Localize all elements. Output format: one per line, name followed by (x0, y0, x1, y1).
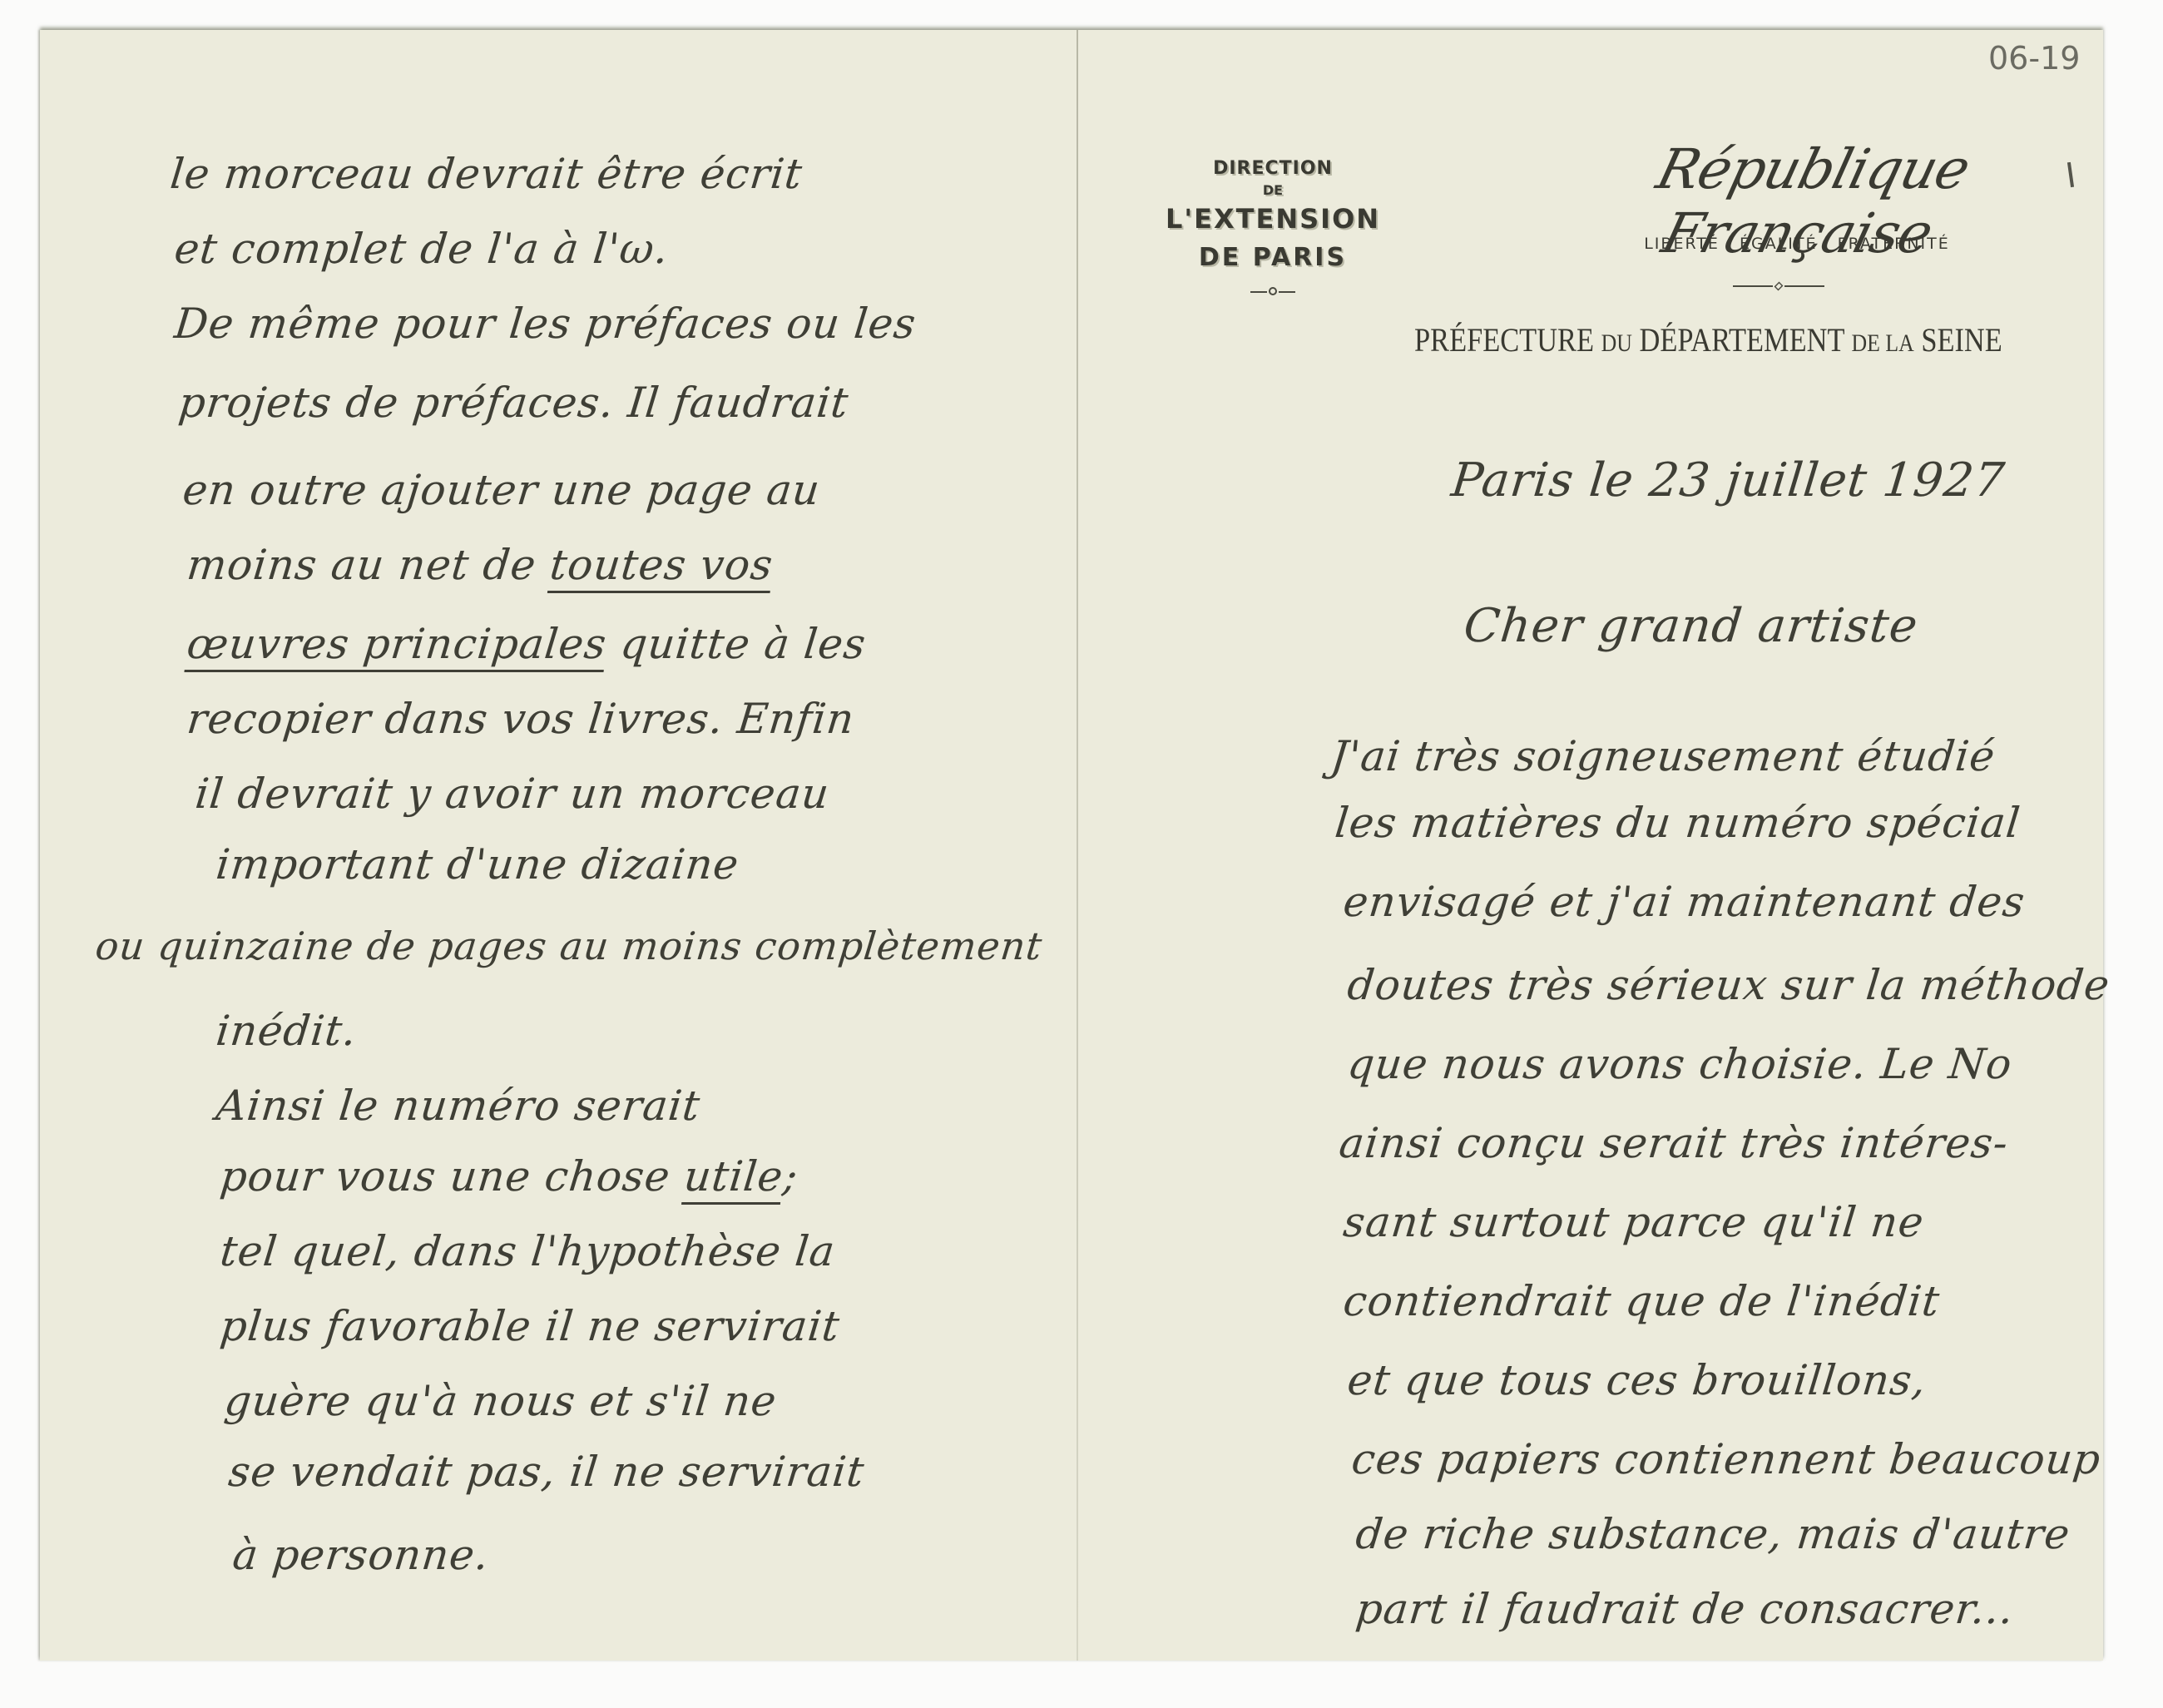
letter-line: important d'une dizaine (214, 840, 741, 889)
letter-line: moins au net de (185, 541, 553, 589)
letter-line: projets de préfaces. Il faudrait (176, 379, 851, 427)
underlined-text: utile (682, 1152, 786, 1201)
underlined-text: œuvres principales (185, 620, 609, 668)
letter-line: sant surtout parce qu'il ne (1341, 1198, 1927, 1246)
letter-line: Ainsi le numéro serait (214, 1082, 703, 1130)
direction-letterhead: DIRECTION DE L'EXTENSION DE PARIS (1148, 158, 1398, 297)
letter-line: guère qu'à nous et s'il ne (222, 1377, 780, 1425)
letter-line: doutes très sérieux sur la méthode (1345, 961, 2112, 1009)
ornament-divider-icon (1733, 281, 1824, 291)
prefecture-seine: SEINE (1921, 321, 2002, 359)
letter-line: pour vous une chose (218, 1152, 687, 1201)
letter-line-with-underline: moins au net de toutes vos (185, 541, 775, 589)
date-line: Paris le 23 juillet 1927 (1449, 453, 2008, 507)
prefecture-word: PRÉFECTURE (1414, 321, 1594, 359)
letter-line: tel quel, dans l'hypothèse la (218, 1227, 838, 1275)
letter-line: recopier dans vos livres. Enfin (185, 695, 857, 743)
letter-line: De même pour les préfaces ou les (172, 300, 918, 348)
direction-line-1: DIRECTION (1148, 158, 1398, 179)
prefecture-heading: PRÉFECTURE DU DÉPARTEMENT DE LA SEINE (1414, 320, 1987, 359)
letter-line: à personne. (230, 1531, 492, 1579)
letter-line: en outre ajouter une page au (181, 466, 823, 514)
prefecture-de-la: DE LA (1851, 329, 1913, 357)
letter-line: part il faudrait de consacrer... (1354, 1585, 2017, 1633)
prefecture-du: DU (1601, 329, 1632, 357)
direction-line-2: DE (1148, 182, 1398, 198)
letter-line: il devrait y avoir un morceau (193, 770, 832, 818)
letter-line: inédit. (214, 1007, 359, 1055)
ornament-divider-icon (1250, 287, 1295, 297)
salutation: Cher grand artiste (1462, 599, 1921, 653)
letter-line-with-underline: pour vous une chose utile; (218, 1152, 800, 1201)
letter-line: envisagé et j'ai maintenant des (1341, 878, 2027, 926)
direction-line-4: DE PARIS (1148, 243, 1398, 272)
letter-line: ces papiers contiennent beaucoup (1349, 1435, 2103, 1483)
letter-line: ainsi conçu serait très intéres- (1337, 1119, 2011, 1167)
letter-line: ou quinzaine de pages au moins complètem… (93, 923, 1045, 968)
direction-line-3: L'EXTENSION (1148, 203, 1398, 235)
letter-line: contiendrait que de l'inédit (1341, 1277, 1943, 1325)
letter-line: quitte à les (604, 620, 869, 668)
letter-line: de riche substance, mais d'autre (1354, 1510, 2072, 1558)
motto: LIBERTÉ · ÉGALITÉ · FRATERNITÉ (1564, 235, 2030, 253)
letter-line: J'ai très soigneusement étudié (1329, 732, 1997, 780)
archive-number: 06-19 (1988, 40, 2080, 77)
letter-line: et que tous ces brouillons, (1345, 1356, 1929, 1404)
letter-line: les matières du numéro spécial (1333, 799, 2023, 847)
letter-line: que nous avons choisie. Le No (1345, 1040, 2015, 1088)
letter-line: le morceau devrait être écrit (168, 150, 805, 198)
letter-line: se vendait pas, il ne servirait (226, 1448, 867, 1496)
letter-line: plus favorable il ne servirait (218, 1302, 842, 1350)
prefecture-departement: DÉPARTEMENT (1639, 321, 1844, 359)
underlined-text: toutes vos (547, 541, 775, 589)
letter-line-with-underline: œuvres principales quitte à les (185, 620, 869, 668)
page-fold (1077, 30, 1078, 1661)
letter-line: et complet de l'a à l'ω. (172, 225, 671, 273)
